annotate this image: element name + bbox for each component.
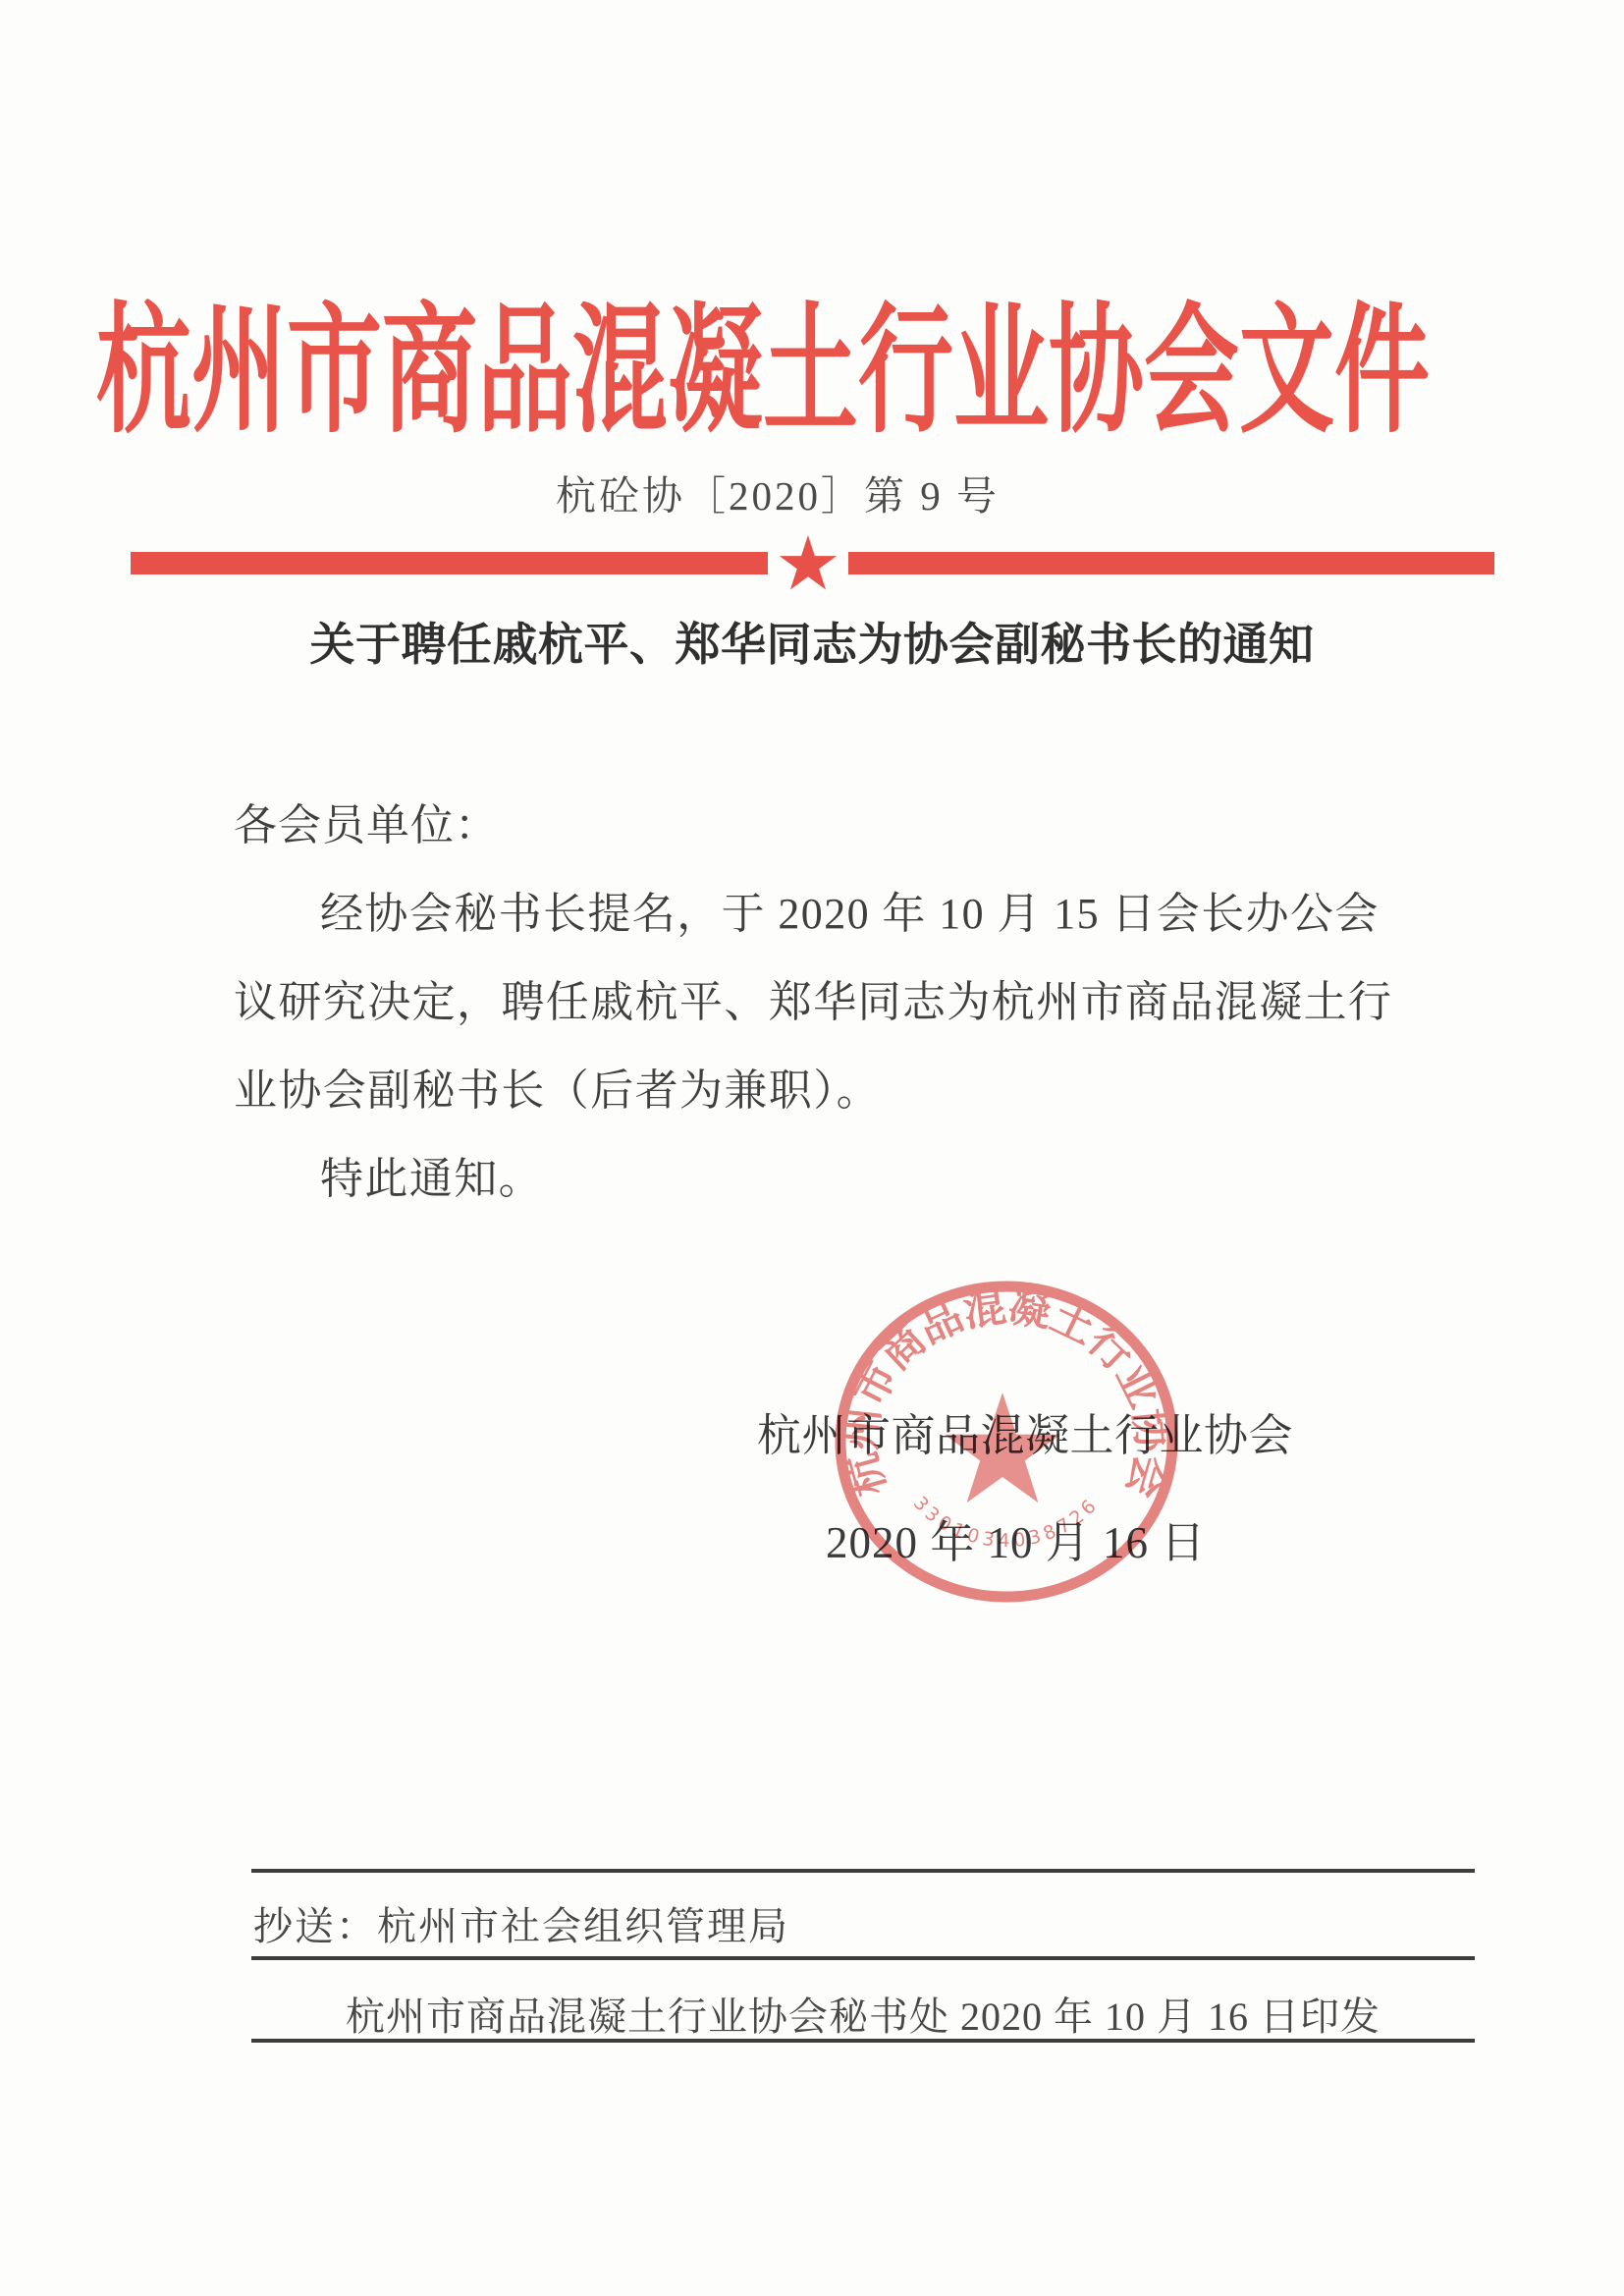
signature-date: 2020 年 10 月 16 日 — [826, 1506, 1206, 1570]
document-page: 杭州市商品混凝土行业协会文件 杭砼协［2020］第 9 号 ★ 关于聘任戚杭平、… — [0, 0, 1624, 2296]
footer-rule-middle — [251, 1956, 1475, 1960]
doc-number: 杭砼协［2020］第 9 号 — [0, 464, 1555, 521]
body-line: 经协会秘书长提名，于 2020 年 10 月 15 日会长办公会 — [234, 878, 1402, 941]
footer-issue-line: 杭州市商品混凝土行业协会秘书处 2020 年 10 月 16 日印发 — [251, 1986, 1475, 2042]
stamp-org-arc-text: 杭州市商品混凝土行业协会 — [839, 1284, 1176, 1503]
closing-line: 特此通知。 — [234, 1143, 1402, 1206]
footer-rule-bottom — [251, 2039, 1475, 2043]
footer-rule-top — [251, 1869, 1475, 1873]
red-rule-left — [131, 552, 768, 574]
letterhead-title: 杭州市商品混凝土行业协会文件 — [56, 257, 1470, 460]
body-line: 议研究决定，聘任戚杭平、郑华同志为杭州市商品混凝土行 — [234, 966, 1402, 1029]
signature-org: 杭州市商品混凝土行业协会 — [757, 1399, 1293, 1463]
notice-title: 关于聘任戚杭平、郑华同志为协会副秘书长的通知 — [0, 609, 1624, 674]
salutation: 各会员单位： — [234, 790, 499, 852]
body-line: 业协会副秘书长（后者为兼职）。 — [234, 1055, 1402, 1118]
footer-cc-line: 抄送：杭州市社会组织管理局 — [253, 1895, 789, 1951]
red-rule-right — [848, 552, 1494, 574]
star-icon: ★ — [767, 522, 849, 605]
